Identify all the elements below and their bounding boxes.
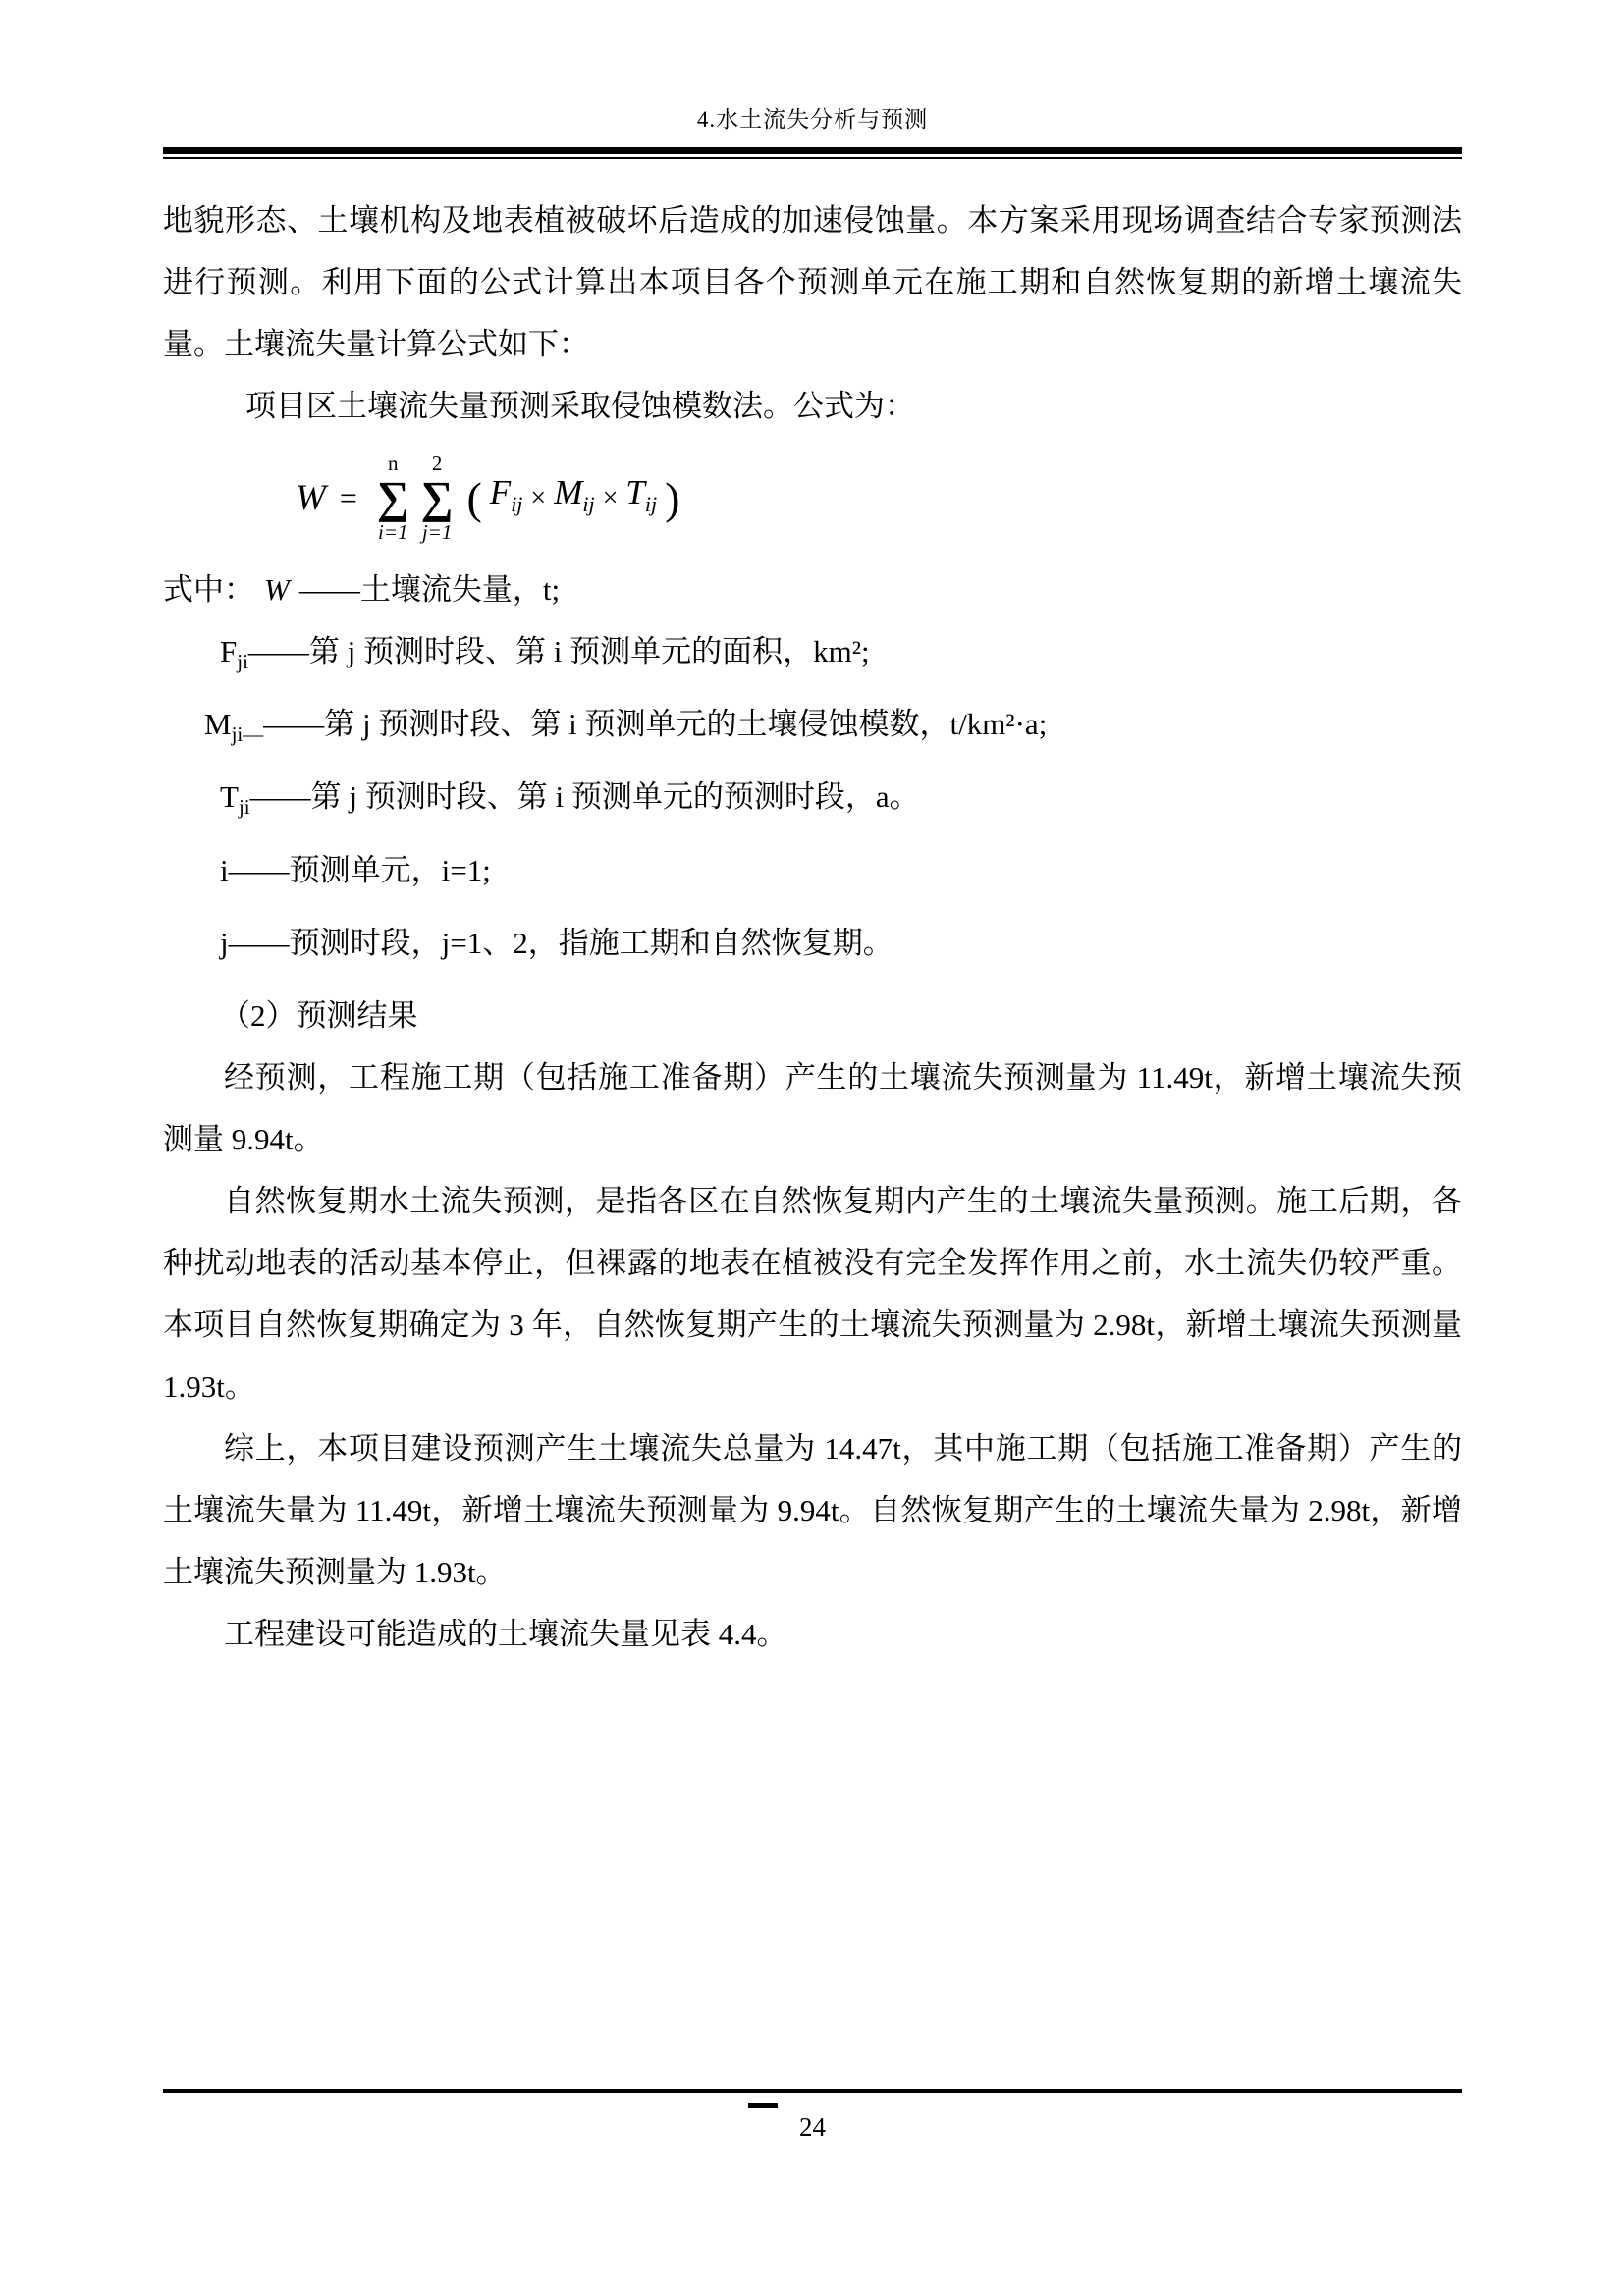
sigma-icon: ∑ [421, 474, 454, 521]
document-content: 地貌形态、土壤机构及地表植被破坏后造成的加速侵蚀量。本方案采用现场调查结合专家预… [163, 189, 1462, 1665]
definition-symbol: j [220, 926, 229, 960]
formula-lhs: W [296, 467, 326, 529]
formula-inner-sum-upper-limit: 2 [432, 453, 443, 474]
sigma-icon: ∑ [377, 474, 409, 521]
page-number-dash [748, 2103, 778, 2108]
header-rule-thick-line [163, 147, 1462, 154]
header-title: 4.水土流失分析与预测 [163, 101, 1462, 133]
formula-outer-sum: n ∑ i=1 [377, 453, 409, 543]
paragraph-result-recovery: 自然恢复期水土流失预测，是指各区在自然恢复期内产生的土壤流失量预测。施工后期，各… [163, 1170, 1462, 1417]
formula-inner-sum-lower-limit: j=1 [422, 521, 453, 543]
header-rule [163, 147, 1462, 159]
formula-term-m-base: M [554, 473, 582, 511]
formula-inner-sum: 2 ∑ j=1 [421, 453, 454, 543]
definition-item-t: Tji——第 j 预测时段、第 i 预测单元的预测时段，a。 [163, 766, 1462, 838]
definition-item-j: j——预测时段，j=1、2，指施工期和自然恢复期。 [163, 912, 1462, 985]
formula-where-line: 式中：W——土壤流失量，t; [163, 559, 1462, 620]
formula-outer-sum-upper-limit: n [388, 453, 399, 474]
subsection-heading: （2）预测结果 [163, 985, 1462, 1046]
definition-text: ——预测单元，i=1; [229, 853, 491, 887]
definition-symbol: M [204, 707, 232, 741]
definition-text: ——预测时段，j=1、2，指施工期和自然恢复期。 [229, 926, 893, 960]
definition-symbol: T [220, 779, 239, 814]
soil-loss-formula: W = n ∑ i=1 2 ∑ j=1 ( Fij × Mij × Tij ) [296, 437, 1462, 559]
formula-equals-sign: = [340, 467, 357, 529]
definition-text: ——第 j 预测时段、第 i 预测单元的土壤侵蚀模数，t/km²·a; [263, 707, 1047, 741]
definition-item-m: Mji———第 j 预测时段、第 i 预测单元的土壤侵蚀模数，t/km²·a; [163, 693, 1462, 766]
formula-outer-sum-lower-limit: i=1 [378, 521, 408, 543]
formula-term-m: Mij [554, 461, 594, 535]
definition-subscript: ji [239, 796, 250, 820]
paragraph-intro: 地貌形态、土壤机构及地表植被破坏后造成的加速侵蚀量。本方案采用现场调查结合专家预… [163, 189, 1462, 375]
definition-text: ——第 j 预测时段、第 i 预测单元的面积，km²; [248, 634, 870, 668]
where-label: 式中： [163, 572, 254, 607]
formula-term-t: Tij [625, 461, 657, 535]
document-page: 4.水土流失分析与预测 地貌形态、土壤机构及地表植被破坏后造成的加速侵蚀量。本方… [0, 0, 1624, 2296]
definition-text: ——第 j 预测时段、第 i 预测单元的预测时段，a。 [250, 779, 920, 814]
formula-term-f-base: F [490, 473, 511, 511]
multiply-sign: × [603, 467, 619, 529]
definition-item-f: Fji——第 j 预测时段、第 i 预测单元的面积，km²; [163, 620, 1462, 693]
definition-subscript: ji— [232, 722, 264, 746]
paragraph-summary: 综上，本项目建设预测产生土壤流失总量为 14.47t，其中施工期（包括施工准备期… [163, 1417, 1462, 1603]
formula-close-paren: ) [665, 467, 679, 529]
formula-term-t-subscript: ij [645, 492, 657, 516]
definition-subscript: ji [237, 650, 248, 673]
formula-term-f: Fij [490, 461, 523, 535]
paragraph-method: 项目区土壤流失量预测采取侵蚀模数法。公式为： [163, 375, 1462, 437]
where-definition: ——土壤流失量，t; [299, 572, 560, 607]
formula-term-f-subscript: ij [511, 492, 522, 516]
header-rule-thin-line [163, 157, 1462, 159]
page-number: 24 [163, 2112, 1462, 2143]
where-symbol-w: W [264, 572, 290, 607]
footer-rule [163, 2089, 1462, 2093]
definition-item-i: i——预测单元，i=1; [163, 839, 1462, 912]
definition-symbol: F [220, 634, 237, 668]
paragraph-result-construction: 经预测，工程施工期（包括施工准备期）产生的土壤流失预测量为 11.49t，新增土… [163, 1046, 1462, 1170]
paragraph-table-reference: 工程建设可能造成的土壤流失量见表 4.4。 [163, 1603, 1462, 1665]
multiply-sign: × [530, 467, 546, 529]
formula-open-paren: ( [466, 467, 481, 529]
definition-symbol: i [220, 853, 229, 887]
formula-term-t-base: T [625, 473, 644, 511]
formula-term-m-subscript: ij [582, 492, 594, 516]
